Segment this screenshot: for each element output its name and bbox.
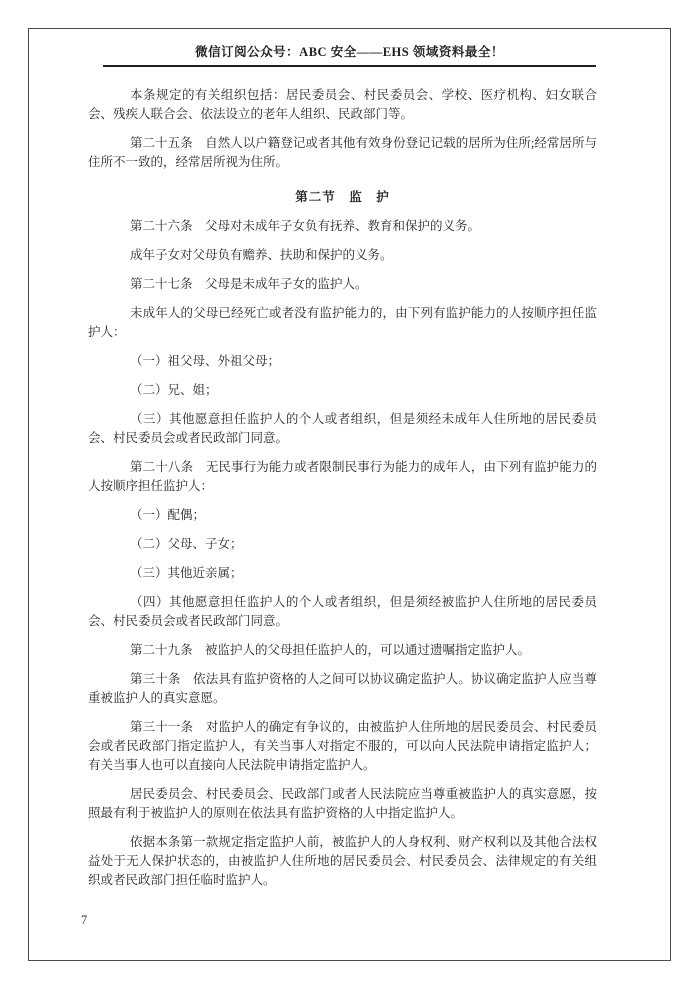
page-number: 7 (81, 913, 87, 928)
list-item-paragraph: （三）其他愿意担任监护人的个人或者组织，但是须经未成年人住所地的居民委员会、村民… (88, 410, 597, 448)
paragraph: 未成年人的父母已经死亡或者没有监护能力的，由下列有监护能力的人按顺序担任监护人： (88, 304, 597, 342)
list-item-paragraph: （一）配偶； (88, 506, 597, 525)
header-title: 微信订阅公众号：ABC 安全——EHS 领域资料最全！ (103, 44, 596, 61)
paragraph: 第三十一条 对监护人的确定有争议的，由被监护人住所地的居民委员会、村民委员会或者… (88, 718, 597, 775)
page: 微信订阅公众号：ABC 安全——EHS 领域资料最全！ 本条规定的有关组织包括：… (28, 28, 671, 961)
paragraph: 成年子女对父母负有赡养、扶助和保护的义务。 (88, 246, 597, 265)
document-canvas: 微信订阅公众号：ABC 安全——EHS 领域资料最全！ 本条规定的有关组织包括：… (0, 0, 700, 990)
list-item-paragraph: （二）父母、子女； (88, 535, 597, 554)
paragraph: 第二十九条 被监护人的父母担任监护人的，可以通过遗嘱指定监护人。 (88, 641, 597, 660)
paragraph: 依据本条第一款规定指定监护人前，被监护人的人身权利、财产权利以及其他合法权益处于… (88, 833, 597, 890)
paragraph: 第三十条 依法具有监护资格的人之间可以协议确定监护人。协议确定监护人应当尊重被监… (88, 670, 597, 708)
paragraph: 本条规定的有关组织包括：居民委员会、村民委员会、学校、医疗机构、妇女联合会、残疾… (88, 86, 597, 124)
document-body: 本条规定的有关组织包括：居民委员会、村民委员会、学校、医疗机构、妇女联合会、残疾… (88, 86, 597, 890)
list-item-paragraph: （二）兄、姐； (88, 381, 597, 400)
page-header: 微信订阅公众号：ABC 安全——EHS 领域资料最全！ (103, 44, 596, 67)
paragraph: 居民委员会、村民委员会、民政部门或者人民法院应当尊重被监护人的真实意愿，按照最有… (88, 785, 597, 823)
paragraph: 第二十六条 父母对未成年子女负有抚养、教育和保护的义务。 (88, 217, 597, 236)
list-item-paragraph: （三）其他近亲属； (88, 564, 597, 583)
section-title: 第二节 监 护 (88, 188, 597, 207)
list-item-paragraph: （四）其他愿意担任监护人的个人或者组织，但是须经被监护人住所地的居民委员会、村民… (88, 593, 597, 631)
list-item-paragraph: （一）祖父母、外祖父母； (88, 352, 597, 371)
paragraph: 第二十七条 父母是未成年子女的监护人。 (88, 275, 597, 294)
paragraph: 第二十五条 自然人以户籍登记或者其他有效身份登记记载的居所为住所;经常居所与住所… (88, 134, 597, 172)
paragraph: 第二十八条 无民事行为能力或者限制民事行为能力的成年人，由下列有监护能力的人按顺… (88, 458, 597, 496)
